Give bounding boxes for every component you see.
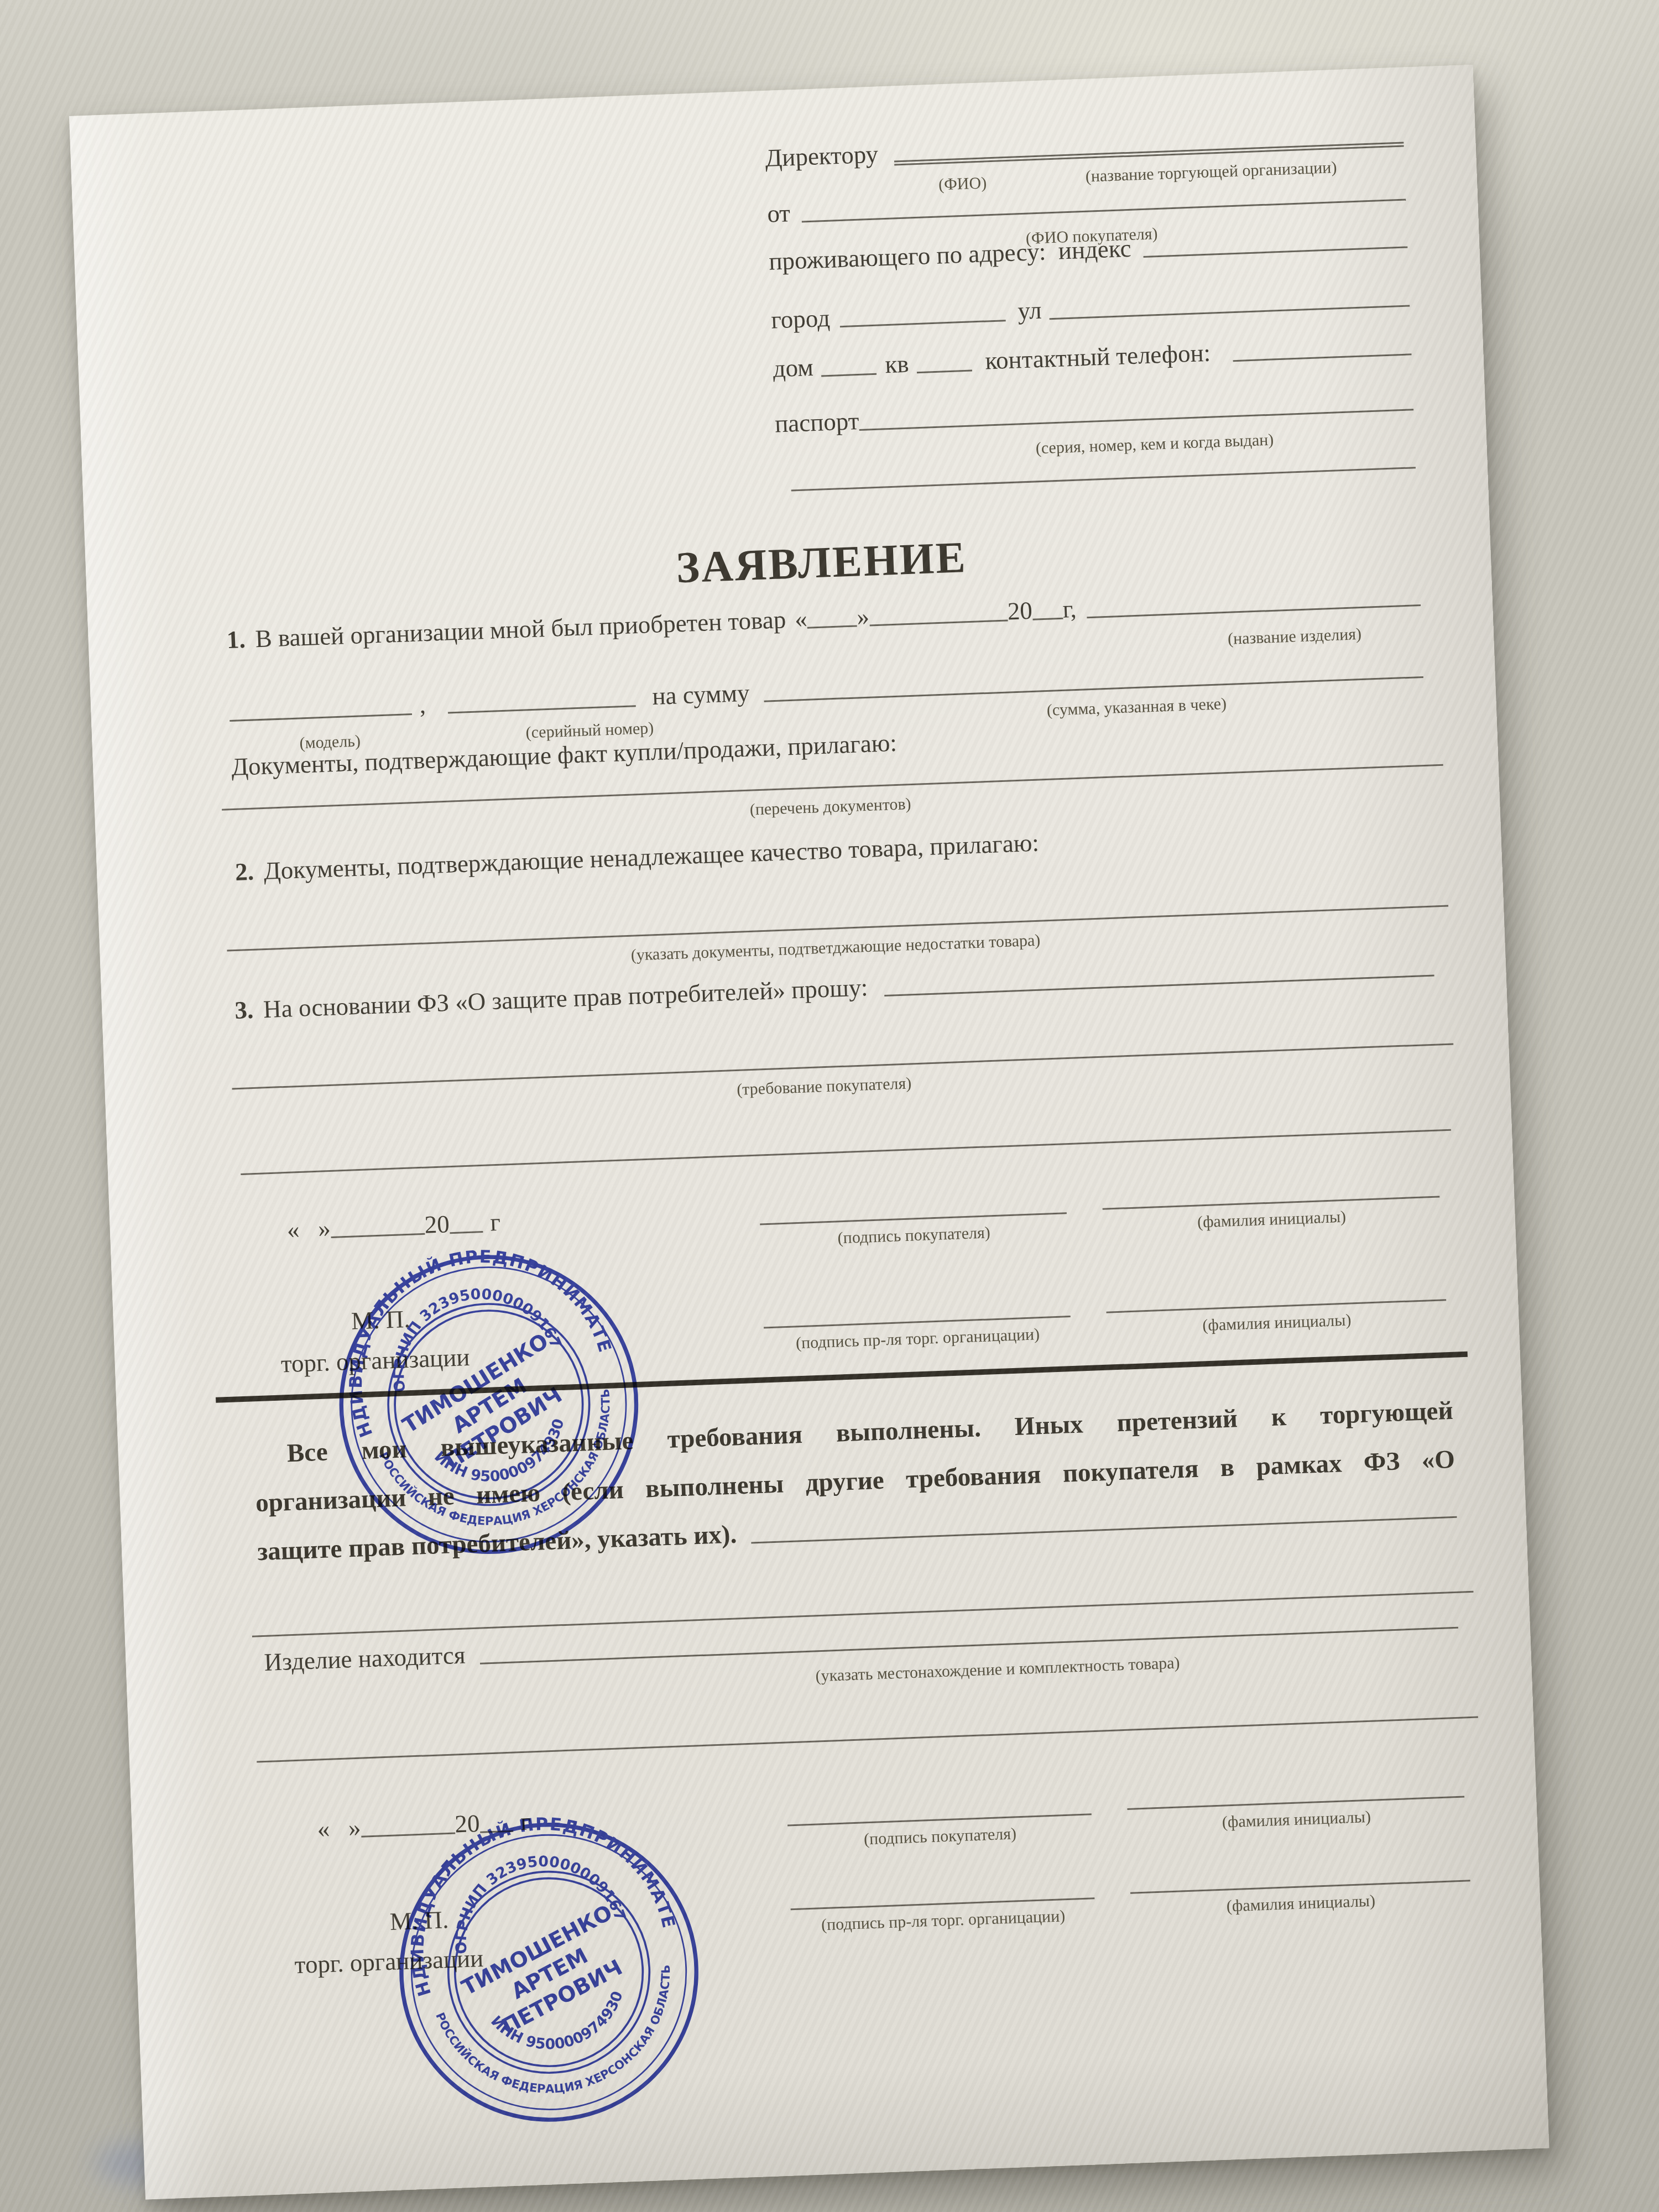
stamp2-surname: ТИМОШЕНКО	[458, 1900, 617, 2001]
year-prefix: 20	[1007, 596, 1033, 627]
sum-label: на сумму	[651, 678, 750, 711]
header-row-house: дом кв контактный телефон:	[773, 330, 1412, 383]
stamp1-patronymic: ПЕТРОВИЧ	[441, 1383, 567, 1474]
caption-passport: (серия, номер, кем и когда выдан)	[978, 429, 1332, 460]
year-suffix: г,	[1062, 594, 1077, 624]
passport-blank	[859, 409, 1413, 431]
buyer-sign-line-1	[760, 1212, 1067, 1225]
caption-initials-1a: (фамилия инициалы)	[1103, 1204, 1441, 1235]
caption-location: (указать местонахождение и комплектность…	[702, 1650, 1294, 1690]
section-divider	[216, 1352, 1468, 1403]
svg-text:ОГРНИП 323950000009167: ОГРНИП 323950000009167	[369, 1264, 565, 1396]
caption-org-name: (название торгующей организации)	[1056, 157, 1366, 187]
caption-item3: (требование покупателя)	[227, 1056, 1421, 1118]
initials-line-1	[1103, 1196, 1440, 1210]
date-blank	[331, 1233, 425, 1238]
svg-text:★ РОССИЙСКАЯ ФЕДЕРАЦИЯ ХЕРСОНС: ★ РОССИЙСКАЯ ФЕДЕРАЦИЯ ХЕРСОНСКАЯ ОБЛАСТ…	[361, 1785, 696, 2128]
caption-fio: (ФИО)	[901, 173, 1024, 196]
header-row-city: город ул	[770, 281, 1410, 335]
item3-line	[232, 1043, 1454, 1089]
quote-open: «	[794, 604, 807, 634]
caption-model: (модель)	[247, 730, 413, 755]
stamp1-ring-top: ИНДИВИДУАЛЬНЫЙ ПРЕДПРИНИМАТЕЛЬ	[293, 1209, 619, 1449]
date-year-blank	[450, 1231, 483, 1234]
model-blank	[229, 713, 412, 722]
round-stamp-1: ИНДИВИДУАЛЬНЫЙ ПРЕДПРИНИМАТЕЛЬ ★ РОССИЙС…	[293, 1209, 685, 1600]
closing-blank	[752, 1516, 1457, 1544]
date-g: г	[490, 1207, 501, 1238]
svg-text:ИНН 950000974930: ИНН 950000974930	[429, 1413, 580, 1502]
serial-blank	[448, 705, 636, 713]
item1-model-row: , на сумму	[229, 653, 1424, 727]
date-blank-2	[361, 1833, 455, 1838]
caption-docs-list: (перечень документов)	[233, 776, 1428, 838]
caption-product-name: (название изделия)	[1167, 623, 1422, 651]
item1-number: 1.	[226, 624, 246, 655]
location-blank	[480, 1627, 1458, 1665]
date-quotes-2: « »	[317, 1813, 362, 1844]
house-label: дом	[773, 352, 814, 384]
item2-number: 2.	[234, 857, 254, 887]
org-sign-line-2	[791, 1897, 1095, 1910]
header-row-address: проживающего по адресу: индекс	[768, 223, 1407, 276]
stamp2-patronymic: ПЕТРОВИЧ	[498, 1955, 627, 2039]
org-label-2: торг. организации	[294, 1944, 484, 1979]
stamp1-ring-bottom: ★ РОССИЙСКАЯ ФЕДЕРАЦИЯ ХЕРСОНСКАЯ ОБЛАСТ…	[293, 1209, 642, 1569]
location-label: Изделие находится	[264, 1640, 466, 1677]
director-label: Директору	[765, 139, 879, 173]
caption-initials-1b: (фамилия инициалы)	[1107, 1307, 1447, 1339]
round-stamp-2: ИНДИВИДУАЛЬНЫЙ ПРЕДПРИНИМАТЕЛЬ ★ РОССИЙС…	[361, 1785, 737, 2160]
location-extra-line	[257, 1717, 1478, 1763]
comma: ,	[419, 690, 426, 719]
svg-text:ИНДИВИДУАЛЬНЫЙ ПРЕДПРИНИМАТЕЛЬ: ИНДИВИДУАЛЬНЫЙ ПРЕДПРИНИМАТЕЛЬ	[293, 1209, 619, 1449]
sum-blank	[764, 676, 1423, 702]
item1-text: В вашей организации мной был приобретен …	[255, 604, 786, 654]
from-blank	[801, 199, 1406, 223]
product-blank	[1087, 604, 1421, 618]
closing-line-2: организации не имею (если выполнены друг…	[255, 1444, 1455, 1518]
date-year-blank-2	[480, 1830, 513, 1833]
item2-text: Документы, подтверждающие ненадлежащее к…	[263, 828, 1040, 886]
item3-text: На основании ФЗ «О защите прав потребите…	[263, 972, 868, 1024]
caption-buyer-sign-1: (подпись покупателя)	[760, 1220, 1068, 1250]
header-row-from: от	[766, 176, 1406, 229]
item1-row: 1. В вашей организации мной был приобрет…	[226, 581, 1421, 655]
index-blank	[1144, 246, 1407, 257]
closing-line-3-text: защите прав потребителей», указать их).	[257, 1520, 737, 1567]
date-year: 20	[424, 1209, 450, 1240]
initials2-line-2	[1130, 1880, 1470, 1894]
day-blank	[807, 625, 857, 628]
street-label: ул	[1018, 295, 1042, 326]
svg-text:ОГРНИП 323950000009167: ОГРНИП 323950000009167	[436, 1836, 629, 1957]
street-blank	[1050, 305, 1410, 320]
from-label: от	[766, 198, 791, 228]
claim-form-page: Директору (ФИО) (название торгующей орга…	[69, 65, 1549, 2200]
address-label: проживающего по адресу: индекс	[768, 233, 1131, 276]
stamp2-inn: ИНН 950000974930	[486, 1986, 635, 2067]
stamp2-ring-bottom: ★ РОССИЙСКАЯ ФЕДЕРАЦИЯ ХЕРСОНСКАЯ ОБЛАСТ…	[361, 1785, 696, 2128]
stamp2-firstname: АРТЕМ	[507, 1943, 592, 2004]
date-g-2: г	[520, 1807, 531, 1837]
item3-row: 3. На основании ФЗ «О защите прав потреб…	[234, 952, 1434, 1025]
item3-number: 3.	[234, 995, 254, 1025]
item1-docs-row: Документы, подтверждающие факт купли/про…	[231, 708, 1426, 782]
stamp1-ogrnip: ОГРНИП 323950000009167	[369, 1264, 565, 1396]
photo-scene: Директору (ФИО) (название торгующей орга…	[0, 0, 1659, 2212]
initials2-line-1	[1106, 1299, 1446, 1313]
item1-docs-text: Документы, подтверждающие факт купли/про…	[231, 728, 897, 782]
caption-item2: (указать документы, подтветджающие недос…	[238, 917, 1433, 979]
item2-line	[227, 905, 1448, 952]
caption-sum: (сумма, указанная в чеке)	[987, 692, 1286, 722]
initials-line-2	[1127, 1796, 1464, 1810]
org-label-1: торг. организации	[280, 1343, 470, 1378]
stamp1-surname: ТИМОШЕНКО	[398, 1329, 552, 1438]
closing-line-3: защите прав потребителей», указать их).	[257, 1493, 1457, 1567]
quote-close: »	[857, 602, 870, 632]
closing-extra-line	[252, 1591, 1474, 1637]
caption-org-sign-1: (подпись пр-ля торг. органицации)	[764, 1324, 1072, 1354]
page-title: ЗАЯВЛЕНИЕ	[252, 517, 1392, 609]
header-row-director: Директору	[765, 120, 1404, 173]
stamp2-name: ТИМОШЕНКО АРТЕМ ПЕТРОВИЧ	[458, 1900, 641, 2047]
item3-extra-line	[241, 1129, 1451, 1175]
buyer-sign-line-2	[787, 1813, 1092, 1826]
city-label: город	[770, 303, 830, 335]
apt-blank	[917, 369, 972, 373]
caption-buyer-fio: (ФИО покупателя)	[937, 221, 1247, 251]
mp-label-2: М. П.	[389, 1905, 449, 1936]
table-ink-smudge	[94, 2141, 216, 2185]
caption-initials-2a: (фамилия инициалы)	[1128, 1804, 1465, 1835]
closing-line-1: Все мои вышеуказанные требования выполне…	[253, 1396, 1454, 1469]
stamp2-ring-top: ИНДИВИДУАЛЬНЫЙ ПРЕДПРИНИМАТЕЛЬ	[361, 1785, 682, 2005]
caption-initials-2b: (фамилия инициалы)	[1131, 1888, 1472, 1919]
org-sign-line-1	[764, 1316, 1071, 1328]
month-blank	[870, 619, 1008, 626]
date-quotes: « »	[286, 1213, 331, 1245]
phone-label: контактный телефон:	[984, 338, 1211, 376]
docs-list-line	[222, 764, 1443, 811]
house-blank	[821, 373, 877, 377]
director-blank	[894, 142, 1404, 166]
caption-org-sign-2: (подпись пр-ля торг. органицации)	[791, 1906, 1095, 1936]
item2-row: 2. Документы, подтверждающие ненадлежаще…	[234, 813, 1430, 887]
date-row-1: « » 20 г	[286, 1207, 501, 1245]
header-row-passport: паспорт	[774, 385, 1413, 439]
phone-blank	[1233, 353, 1412, 362]
svg-text:★ РОССИЙСКАЯ ФЕДЕРАЦИЯ ХЕРСОНС: ★ РОССИЙСКАЯ ФЕДЕРАЦИЯ ХЕРСОНСКАЯ ОБЛАСТ…	[293, 1209, 642, 1569]
caption-serial: (серийный номер)	[473, 717, 706, 744]
stamp1-firstname: АРТЕМ	[448, 1374, 531, 1439]
city-blank	[840, 320, 1006, 327]
apt-label: кв	[884, 349, 909, 380]
year-blank	[1032, 618, 1063, 620]
caption-buyer-sign-2: (подпись покупателя)	[788, 1822, 1093, 1851]
header-extra-line	[791, 467, 1416, 491]
svg-text:ИНДИВИДУАЛЬНЫЙ ПРЕДПРИНИМАТЕЛЬ: ИНДИВИДУАЛЬНЫЙ ПРЕДПРИНИМАТЕЛЬ	[361, 1785, 682, 2005]
date-year-2: 20	[454, 1808, 480, 1839]
passport-label: паспорт	[774, 406, 859, 439]
stamp1-name: ТИМОШЕНКО АРТЕМ ПЕТРОВИЧ	[398, 1329, 581, 1484]
location-row: Изделие находится	[264, 1604, 1459, 1677]
date-row-2: « » 20 г	[317, 1807, 531, 1844]
stamp1-inn: ИНН 950000974930	[429, 1413, 580, 1502]
svg-text:ИНН 950000974930: ИНН 950000974930	[486, 1986, 635, 2067]
item3-blank	[885, 975, 1434, 997]
mp-label-1: М. П.	[351, 1305, 410, 1335]
stamp2-ogrnip: ОГРНИП 323950000009167	[436, 1836, 629, 1957]
